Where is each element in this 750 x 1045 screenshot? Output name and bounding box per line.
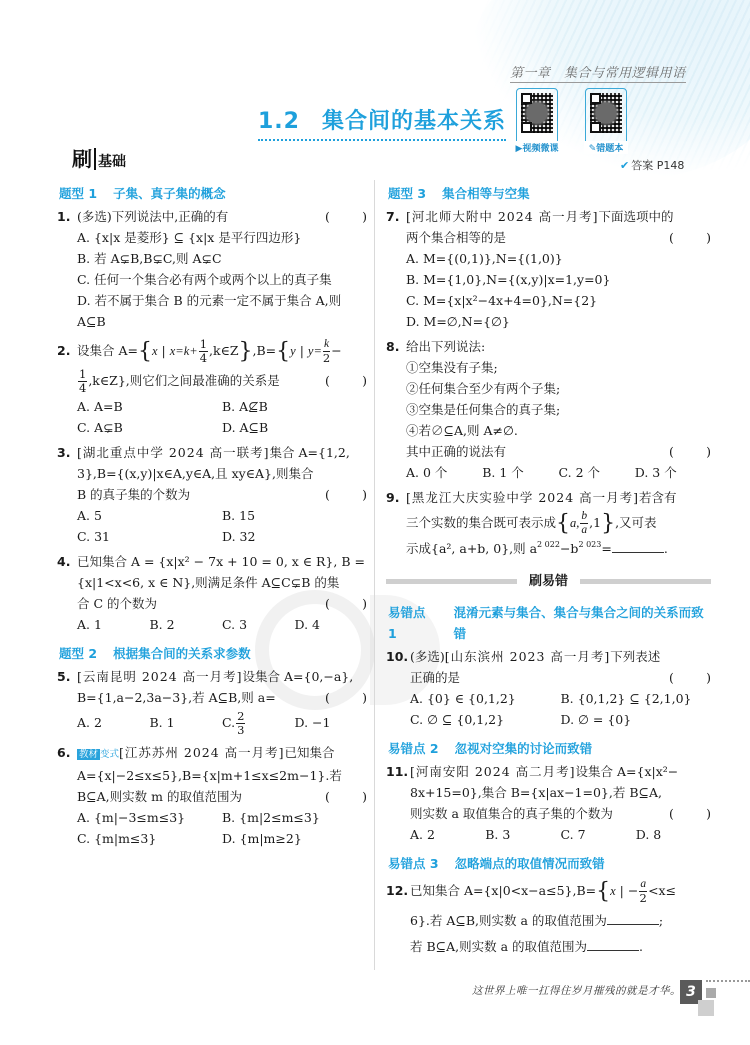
question-8: 8.给出下列说法: ①空集没有子集; ②任何集合至少有两个子集; ③空集是任何集… <box>386 336 711 483</box>
options: A. 1 B. 2 C. 3 D. 4 <box>57 614 367 635</box>
qr-label: ▶视频微课 <box>515 141 559 154</box>
question-10: 10. (多选)[山东滨州 2023 高一月考]下列表述 ()正确的是 A. {… <box>386 646 711 730</box>
question-4: 4.已知集合 A = {x|x² − 7x + 10 = 0, x ∈ R}, … <box>57 551 367 635</box>
answer-paren[interactable]: () <box>325 687 367 708</box>
option-d: D. {m|m≥2} <box>222 828 367 849</box>
section-header: 题型 3集合相等与空集 <box>388 183 711 204</box>
question-source: [云南昆明 2024 高一月考] <box>77 669 243 684</box>
option-a: A. M={(0,1)},N={(1,0)} <box>386 248 711 269</box>
option-d: D. 8 <box>636 824 711 845</box>
page-dots <box>706 980 750 982</box>
statement-1: ①空集没有子集; <box>386 357 711 378</box>
option-c: C. 2 个 <box>559 462 635 483</box>
question-11: 11. [河南安阳 2024 高二月考]设集合 A={x|x²− 8x+15=0… <box>386 761 711 845</box>
section-number: 1.2 <box>258 109 300 134</box>
answer-paren[interactable]: () <box>325 484 367 505</box>
right-column: 题型 3集合相等与空集 7. [河北师大附中 2024 高一月考]下面选项中的 … <box>386 183 711 961</box>
footer-motto: 这世界上唯一扛得住岁月摧残的就是才华。 <box>472 983 681 998</box>
option-d: D. M=∅,N={∅} <box>386 311 711 332</box>
answer-paren[interactable]: () <box>669 441 711 462</box>
options: A. 5 B. 15 C. 31 D. 32 <box>57 505 367 547</box>
question-source: [山东滨州 2023 高一月考] <box>445 649 611 664</box>
page-decor-square <box>698 1000 714 1016</box>
question-2: 2. 设集合 A={x | x=k+14,k∈Z},B={y | y=k2− (… <box>57 336 367 438</box>
question-9: 9. [黑龙江大庆实验中学 2024 高一月考]若含有 三个实数的集合既可表示成… <box>386 487 711 559</box>
question-source: [湖北重点中学 2024 高一联考] <box>77 445 270 460</box>
options: A. 2 B. 3 C. 7 D. 8 <box>386 824 711 845</box>
question-12: 12. 已知集合 A={x|0<x−a≤5},B={x | −a2<x≤ 6}.… <box>386 876 711 957</box>
answer-paren[interactable]: () <box>325 206 367 227</box>
option-d: D. 32 <box>222 526 367 547</box>
option-c: C. 3 <box>222 614 295 635</box>
answer-paren[interactable]: () <box>325 366 367 396</box>
question-5: 5. [云南昆明 2024 高一月考]设集合 A={0,−a}, ()B={1,… <box>57 666 367 738</box>
option-d: D. 3 个 <box>635 462 711 483</box>
option-c: C. 7 <box>561 824 636 845</box>
option-b: B. {0,1,2} ⊆ {2,1,0} <box>561 688 712 709</box>
question-source: [黑龙江大庆实验中学 2024 高一月考] <box>406 490 639 505</box>
options: A. {m|−3≤m≤3} B. {m|2≤m≤3} C. {m|m≤3} D.… <box>57 807 367 849</box>
statement-4: ④若∅⊆A,则 A≠∅. <box>386 420 711 441</box>
option-c: C. 任何一个集合必有两个或两个以上的真子集 <box>57 269 367 290</box>
option-a: A. A=B <box>77 396 222 417</box>
option-b: B. 15 <box>222 505 367 526</box>
option-d: D. 若不属于集合 B 的元素一定不属于集合 A,则 A⊆B <box>57 290 367 332</box>
options: A. 0 个 B. 1 个 C. 2 个 D. 3 个 <box>386 462 711 483</box>
option-a: A. 2 <box>77 708 150 738</box>
section-title: 1.2集合间的基本关系 <box>258 104 506 141</box>
qr-code-icon <box>590 93 622 133</box>
statement-2: ②任何集合至少有两个子集; <box>386 378 711 399</box>
question-source: [河南安阳 2024 高二月考] <box>410 764 576 779</box>
options: A. A=B B. A⊈B C. A⊊B D. A⊆B <box>57 396 367 438</box>
option-d: D. 4 <box>295 614 368 635</box>
answer-reference: ✔答案 P148 <box>620 157 684 173</box>
question-7: 7. [河北师大附中 2024 高一月考]下面选项中的 ()两个集合相等的是 A… <box>386 206 711 332</box>
answer-paren[interactable]: () <box>669 227 711 248</box>
section-title-text: 集合间的基本关系 <box>322 109 506 134</box>
option-a: A. {0} ∈ {0,1,2} <box>410 688 561 709</box>
section-header: 易错点 1混淆元素与集合、集合与集合之间的关系而致错 <box>388 602 711 644</box>
qr-label: ✎错题本 <box>584 141 628 154</box>
left-column: 题型 1子集、真子集的概念 1. () (多选)下列说法中,正确的有 A. {x… <box>57 183 367 853</box>
option-d: D. −1 <box>295 708 368 738</box>
variant-tag: 变式 <box>100 749 119 760</box>
option-b: B. {m|2≤m≤3} <box>222 807 367 828</box>
option-c: C.23 <box>222 708 295 738</box>
column-divider <box>374 180 375 970</box>
answer-paren[interactable]: () <box>669 667 711 688</box>
answer-blank-2[interactable] <box>587 939 639 951</box>
statement-3: ③空集是任何集合的真子集; <box>386 399 711 420</box>
checkmark-icon: ✔ <box>620 159 629 172</box>
question-source: [河北师大附中 2024 高一月考] <box>406 209 599 224</box>
answer-blank-1[interactable] <box>607 913 659 925</box>
chapter-header: 第一章 集合与常用逻辑用语 <box>510 62 686 83</box>
options: A. 2 B. 1 C.23 D. −1 <box>57 708 367 738</box>
shua-yicuo-divider: 刷易错 <box>386 571 711 592</box>
question-6: 6. 教材变式[江苏苏州 2024 高一月考]已知集合 A={x|−2≤x≤5}… <box>57 742 367 849</box>
page-decor-square <box>706 988 716 998</box>
option-c: C. 31 <box>77 526 222 547</box>
option-a: A. 0 个 <box>406 462 482 483</box>
question-source: [江苏苏州 2024 高一月考] <box>119 745 285 760</box>
section-header: 题型 1子集、真子集的概念 <box>59 183 367 204</box>
options: A. {0} ∈ {0,1,2} B. {0,1,2} ⊆ {2,1,0} C.… <box>386 688 711 730</box>
option-a: A. {x|x 是菱形} ⊆ {x|x 是平行四边形} <box>57 227 367 248</box>
option-b: B. 若 A⊊B,B⊊C,则 A⊊C <box>57 248 367 269</box>
answer-blank[interactable] <box>612 541 664 553</box>
option-d: D. A⊆B <box>222 417 367 438</box>
option-c: C. {m|m≤3} <box>77 828 222 849</box>
answer-paren[interactable]: () <box>325 593 367 614</box>
section-header: 易错点 2忽视对空集的讨论而致错 <box>388 738 711 759</box>
option-c: C. A⊊B <box>77 417 222 438</box>
option-a: A. {m|−3≤m≤3} <box>77 807 222 828</box>
option-b: B. 2 <box>150 614 223 635</box>
option-a: A. 5 <box>77 505 222 526</box>
question-1: 1. () (多选)下列说法中,正确的有 A. {x|x 是菱形} ⊆ {x|x… <box>57 206 367 332</box>
section-header: 题型 2根据集合间的关系求参数 <box>59 643 367 664</box>
option-c: C. ∅ ⊆ {0,1,2} <box>410 709 561 730</box>
option-b: B. M={1,0},N={(x,y)|x=1,y=0} <box>386 269 711 290</box>
question-3: 3. [湖北重点中学 2024 高一联考]集合 A={1,2, 3},B={(x… <box>57 442 367 547</box>
qr-mistake-book[interactable]: ✎错题本 <box>585 88 627 150</box>
option-a: A. 2 <box>410 824 485 845</box>
option-a: A. 1 <box>77 614 150 635</box>
option-d: D. ∅ = {0} <box>561 709 712 730</box>
option-b: B. 1 个 <box>482 462 558 483</box>
qr-code-icon <box>521 93 553 133</box>
qr-video-lesson[interactable]: ▶视频微课 <box>516 88 558 150</box>
answer-paren[interactable]: () <box>325 786 367 807</box>
answer-paren[interactable]: () <box>669 803 711 824</box>
option-c: C. M={x|x²−4x+4=0},N={2} <box>386 290 711 311</box>
textbook-tag: 教材 <box>77 749 100 760</box>
option-b: B. 1 <box>150 708 223 738</box>
option-b: B. 3 <box>485 824 560 845</box>
option-b: B. A⊈B <box>222 396 367 417</box>
brand-shua-jichu: 刷基础 <box>72 143 126 171</box>
section-header: 易错点 3忽略端点的取值情况而致错 <box>388 853 711 874</box>
